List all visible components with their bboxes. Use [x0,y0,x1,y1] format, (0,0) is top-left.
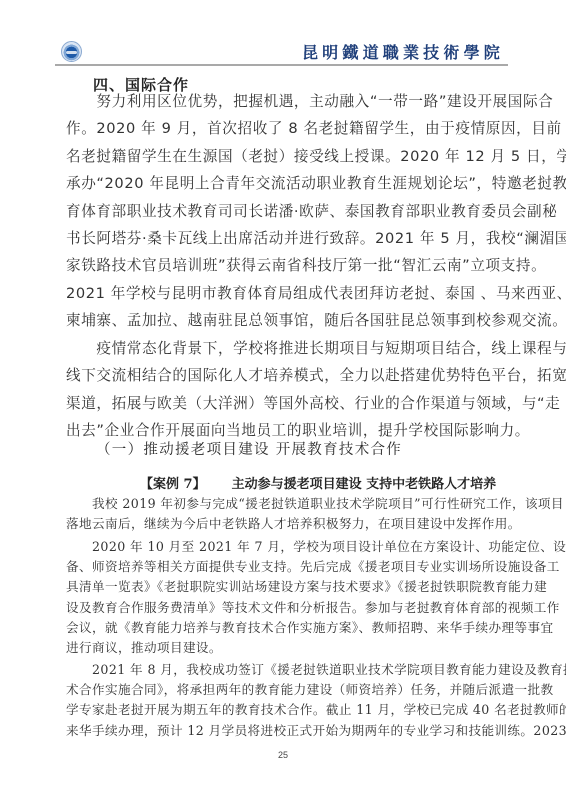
case-paragraph-2: 2020 年 10 月至 2021 年 7 月，学校为项目设计单位在方案设计、功… [66,537,506,658]
text-line: 线下交流相结合的国际化人才培养模式，全力以赴搭建优势特色平台，拓宽 [66,362,506,389]
text-line: 渠道，拓展与欧美（大洋洲）等国外高校、行业的合作渠道与领域，与“走 [66,390,506,417]
text-line: 2021 年学校与昆明市教育体育局组成代表团拜访老挝、泰国 、马来西亚、 [66,280,506,307]
text-line: 落地云南后，继续为今后中老铁路人才培养积极努力，在项目建设中发挥作用。 [66,514,506,534]
section-paragraph-2: 疫情常态化背景下，学校将推进长期项目与短期项目结合，线上课程与 线下交流相结合的… [66,335,506,445]
text-line: 设及教育合作服务费清单》等技术文件和分析报告。参加与老挝教育体育部的视频工作 [66,598,506,618]
text-line: 柬埔寨、孟加拉、越南驻昆总领事馆，随后各国驻昆总领事到校参观交流。 [66,307,506,334]
case-paragraph-1: 我校 2019 年初参与完成“援老挝铁道职业技术学院项目”可行性研究工作，该项目… [66,494,506,534]
text-line: 学专家赴老挝开展为期五年的教育技术合作。截止 11 月，学校已完成 40 名老挝… [66,700,506,720]
text-line: 会议，就《教育能力培养与教育技术合作实施方案》、教师招聘、来华手续办理等事宜 [66,618,506,638]
text-line: 家铁路技术官员培训班”获得云南省科技厅第一批“智汇云南”立项支持。 [66,252,506,279]
text-line: 来华手续办理，预计 12 月学员将进校正式开始为期两年的专业学习和技能训练。20… [66,721,506,741]
text-line: 承办“2020 年昆明上合青年交流活动职业教育生涯规划论坛”，特邀老挝教 [66,170,506,197]
case-title: 【案例 7】主动参与援老项目建设 支持中老铁路人才培养 [140,473,496,492]
text-line: 名老挝籍留学生在生源国（老挝）接受线上授课。2020 年 12 月 5 日，学校 [66,143,506,170]
case-paragraph-3: 2021 年 8 月，我校成功签订《援老挝铁道职业技术学院项目教育能力建设及教育… [66,660,506,741]
text-line: 具清单一览表》《老挝职院实训站场建设方案与技术要求》《援老挝铁职院教育能力建 [66,577,506,597]
text-line: 备、师资培养等相关方面提供专业支持。先后完成《援老项目专业实训场所设施设备工 [66,557,506,577]
case-heading: 主动参与援老项目建设 支持中老铁路人才培养 [232,477,497,492]
header-title: 昆明鐵道職業技術學院 [302,40,504,63]
case-label: 【案例 7】 [140,477,206,492]
header-divider [55,64,508,66]
text-line: 努力利用区位优势，把握机遇，主动融入“一带一路”建设开展国际合 [66,88,506,115]
text-line: 育体育部职业技术教育司司长诺潘·欧萨、泰国教育部职业教育委员会副秘 [66,198,506,225]
section-paragraph-1: 努力利用区位优势，把握机遇，主动融入“一带一路”建设开展国际合 作。2020 年… [66,88,506,335]
text-line: 疫情常态化背景下，学校将推进长期项目与短期项目结合，线上课程与 [66,335,506,362]
text-line: 进行商议，推动项目建设。 [66,638,506,658]
subsection-heading: （一）推动援老项目建设 开展教育技术合作 [96,438,402,459]
text-line: 作。2020 年 9 月，首次招收了 8 名老挝籍留学生，由于疫情原因，目前 8 [66,115,506,142]
text-line: 2020 年 10 月至 2021 年 7 月，学校为项目设计单位在方案设计、功… [66,537,506,557]
text-line: 术合作实施合同》，将承担两年的教育能力建设（师资培养）任务，并随后派遣一批教 [66,680,506,700]
page-number: 25 [0,750,566,760]
text-line: 2021 年 8 月，我校成功签订《援老挝铁道职业技术学院项目教育能力建设及教育… [66,660,506,680]
page-header: 昆明鐵道職業技術學院 [55,38,508,64]
text-line: 书长阿塔芬·桑卡瓦线上出席活动并进行致辞。2021 年 5 月，我校“澜湄国 [66,225,506,252]
school-emblem-icon [61,41,82,62]
text-line: 我校 2019 年初参与完成“援老挝铁道职业技术学院项目”可行性研究工作，该项目 [66,494,506,514]
